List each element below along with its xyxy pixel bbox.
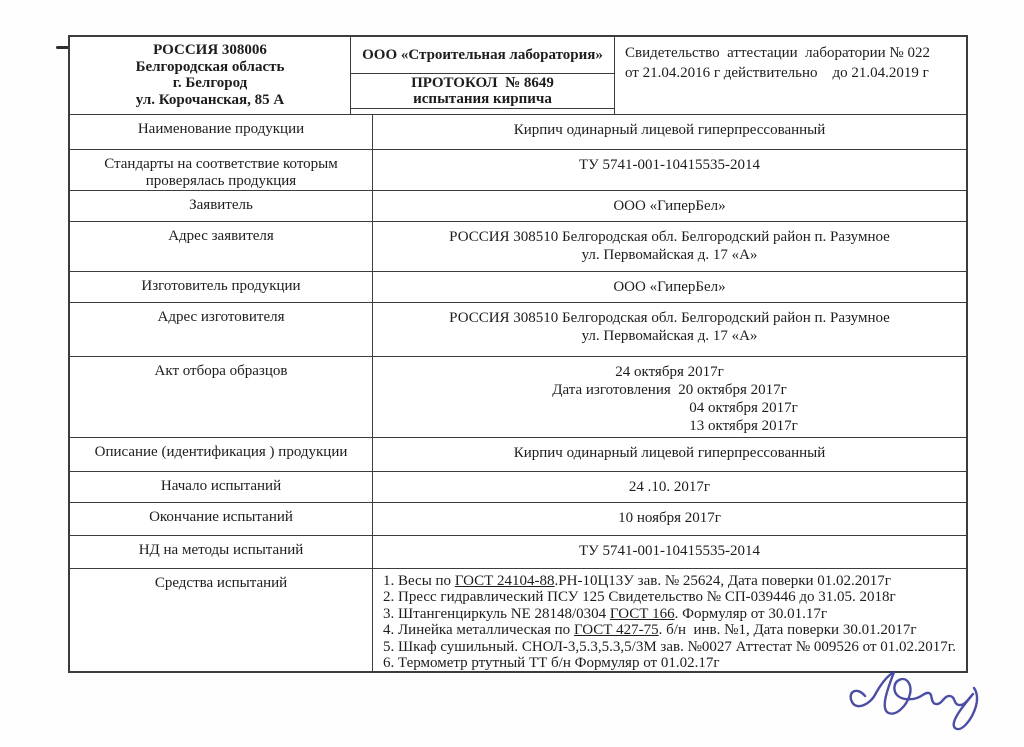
table-row: Окончание испытаний 10 ноября 2017г	[70, 502, 966, 535]
row-value-applicant-address: РОССИЯ 308510 Белгородская обл. Белгород…	[373, 222, 966, 271]
row-value-end-date: 10 ноября 2017г	[373, 503, 966, 535]
row-label-sampling-act: Акт отбора образцов	[70, 357, 373, 437]
text-segment: 1. Весы по	[383, 573, 455, 589]
text-line: ООО «ГиперБел»	[373, 278, 966, 296]
protocol-title-block: ООО «Строительная лаборатория» ПРОТОКОЛ …	[350, 37, 615, 114]
row-value-equipment: 1. Весы по ГОСТ 24104-88.РН-10Ц13У зав. …	[373, 569, 966, 671]
text-line: ООО «ГиперБел»	[373, 197, 966, 215]
text-line: г. Белгород	[70, 75, 350, 92]
text-line: ТУ 5741-001-10415535-2014	[373, 542, 966, 560]
row-label-equipment: Средства испытаний	[70, 569, 373, 671]
manufacture-date-1: Дата изготовления 20 октября 2017г	[373, 381, 966, 399]
text-line: РОССИЯ 308006	[70, 42, 350, 59]
table-row: Заявитель ООО «ГиперБел»	[70, 190, 966, 221]
row-value-description: Кирпич одинарный лицевой гиперпрессованн…	[373, 438, 966, 471]
row-value-manufacturer: ООО «ГиперБел»	[373, 272, 966, 302]
text-line: РОССИЯ 308510 Белгородская обл. Белгород…	[373, 228, 966, 246]
protocol-table: РОССИЯ 308006Белгородская областьг. Белг…	[68, 35, 968, 673]
equipment-item: 5. Шкаф сушильный. СНОЛ-3,5.3,5.3,5/3М з…	[383, 639, 958, 655]
row-value-manufacturer-address: РОССИЯ 308510 Белгородская обл. Белгород…	[373, 303, 966, 356]
text-line: ул. Первомайская д. 17 «А»	[373, 246, 966, 264]
table-header: РОССИЯ 308006Белгородская областьг. Белг…	[70, 37, 966, 114]
equipment-item: 1. Весы по ГОСТ 24104-88.РН-10Ц13У зав. …	[383, 573, 958, 589]
row-label-applicant: Заявитель	[70, 191, 373, 221]
row-label-applicant-address: Адрес заявителя	[70, 222, 373, 271]
text-segment: . Формуляр от 30.01.17г	[675, 606, 827, 622]
scanned-protocol-page: РОССИЯ 308006Белгородская областьг. Белг…	[0, 0, 1024, 747]
text-segment: .РН-10Ц13У зав. № 25624, Дата поверки 01…	[555, 573, 891, 589]
row-label-manufacturer: Изготовитель продукции	[70, 272, 373, 302]
text-line: Кирпич одинарный лицевой гиперпрессованн…	[373, 121, 966, 139]
row-value-start-date: 24 .10. 2017г	[373, 472, 966, 502]
row-value-standards: ТУ 5741-001-10415535-2014	[373, 150, 966, 190]
protocol-number: ПРОТОКОЛ № 8649	[411, 75, 554, 92]
handwritten-signature	[845, 662, 1020, 744]
text-segment: 3. Штангенциркуль NE 28148/0304	[383, 606, 610, 622]
protocol-number-block: ПРОТОКОЛ № 8649 испытания кирпича	[351, 74, 614, 109]
accreditation-certificate-block: Свидетельство аттестации лаборатории № 0…	[615, 37, 966, 114]
table-row: Наименование продукции Кирпич одинарный …	[70, 114, 966, 149]
text-line: Стандарты на соответствие которым	[70, 156, 372, 173]
row-label-manufacturer-address: Адрес изготовителя	[70, 303, 373, 356]
signature-stroke	[851, 672, 977, 729]
protocol-subject: испытания кирпича	[413, 91, 552, 108]
text-segment: 2. Пресс гидравлический ПСУ 125 Свидетел…	[383, 589, 896, 605]
row-label-start-date: Начало испытаний	[70, 472, 373, 502]
text-line: проверялась продукция	[70, 173, 372, 190]
row-value-applicant: ООО «ГиперБел»	[373, 191, 966, 221]
table-row: Средства испытаний 1. Весы по ГОСТ 24104…	[70, 568, 966, 671]
text-segment: 4. Линейка металлическая по	[383, 622, 574, 638]
text-line: ТУ 5741-001-10415535-2014	[373, 156, 966, 174]
text-line: 24 .10. 2017г	[373, 478, 966, 496]
table-row: Стандарты на соответствие которымпроверя…	[70, 149, 966, 190]
row-label-end-date: Окончание испытаний	[70, 503, 373, 535]
text-line: РОССИЯ 308510 Белгородская обл. Белгород…	[373, 309, 966, 327]
gost-reference: ГОСТ 166	[610, 606, 675, 622]
row-value-sampling-act: 24 октября 2017г Дата изготовления 20 ок…	[373, 357, 966, 437]
gost-reference: ГОСТ 24104-88	[455, 573, 555, 589]
text-line: Белгородская область	[70, 59, 350, 76]
text-line: ул. Корочанская, 85 А	[70, 92, 350, 109]
equipment-item: 3. Штангенциркуль NE 28148/0304 ГОСТ 166…	[383, 606, 958, 622]
table-row: Акт отбора образцов 24 октября 2017г Дат…	[70, 356, 966, 437]
table-row: Изготовитель продукции ООО «ГиперБел»	[70, 271, 966, 302]
row-label-description: Описание (идентификация ) продукции	[70, 438, 373, 471]
gost-reference: ГОСТ 427-75	[574, 622, 659, 638]
row-label-product-name: Наименование продукции	[70, 115, 373, 149]
manufacture-date-3: 13 октября 2017г	[447, 417, 1024, 435]
row-label-standards: Стандарты на соответствие которымпроверя…	[70, 150, 373, 190]
organization-name: ООО «Строительная лаборатория»	[351, 37, 614, 74]
equipment-item: 4. Линейка металлическая по ГОСТ 427-75.…	[383, 622, 958, 638]
row-value-product-name: Кирпич одинарный лицевой гиперпрессованн…	[373, 115, 966, 149]
row-value-test-methods: ТУ 5741-001-10415535-2014	[373, 536, 966, 568]
manufacture-date-2: 04 октября 2017г	[447, 399, 1024, 417]
sampling-date: 24 октября 2017г	[373, 363, 966, 381]
text-segment: 5. Шкаф сушильный. СНОЛ-3,5.3,5.3,5/3М з…	[383, 639, 956, 655]
text-segment: 6. Термометр ртутный ТТ б/н Формуляр от …	[383, 655, 719, 671]
table-row: Адрес изготовителя РОССИЯ 308510 Белгоро…	[70, 302, 966, 356]
text-line: 10 ноября 2017г	[373, 509, 966, 527]
row-label-test-methods: НД на методы испытаний	[70, 536, 373, 568]
table-row: Адрес заявителя РОССИЯ 308510 Белгородск…	[70, 221, 966, 271]
text-line: ул. Первомайская д. 17 «А»	[373, 327, 966, 345]
text-line: Свидетельство аттестации лаборатории № 0…	[625, 43, 958, 63]
text-line: от 21.04.2016 г действительно до 21.04.2…	[625, 63, 958, 83]
text-segment: . б/н инв. №1, Дата поверки 30.01.2017г	[659, 622, 917, 638]
table-row: НД на методы испытаний ТУ 5741-001-10415…	[70, 535, 966, 568]
laboratory-address-block: РОССИЯ 308006Белгородская областьг. Белг…	[70, 37, 350, 114]
equipment-item: 2. Пресс гидравлический ПСУ 125 Свидетел…	[383, 589, 958, 605]
table-row: Начало испытаний 24 .10. 2017г	[70, 471, 966, 502]
text-line: Кирпич одинарный лицевой гиперпрессованн…	[373, 444, 966, 462]
table-row: Описание (идентификация ) продукции Кирп…	[70, 437, 966, 471]
